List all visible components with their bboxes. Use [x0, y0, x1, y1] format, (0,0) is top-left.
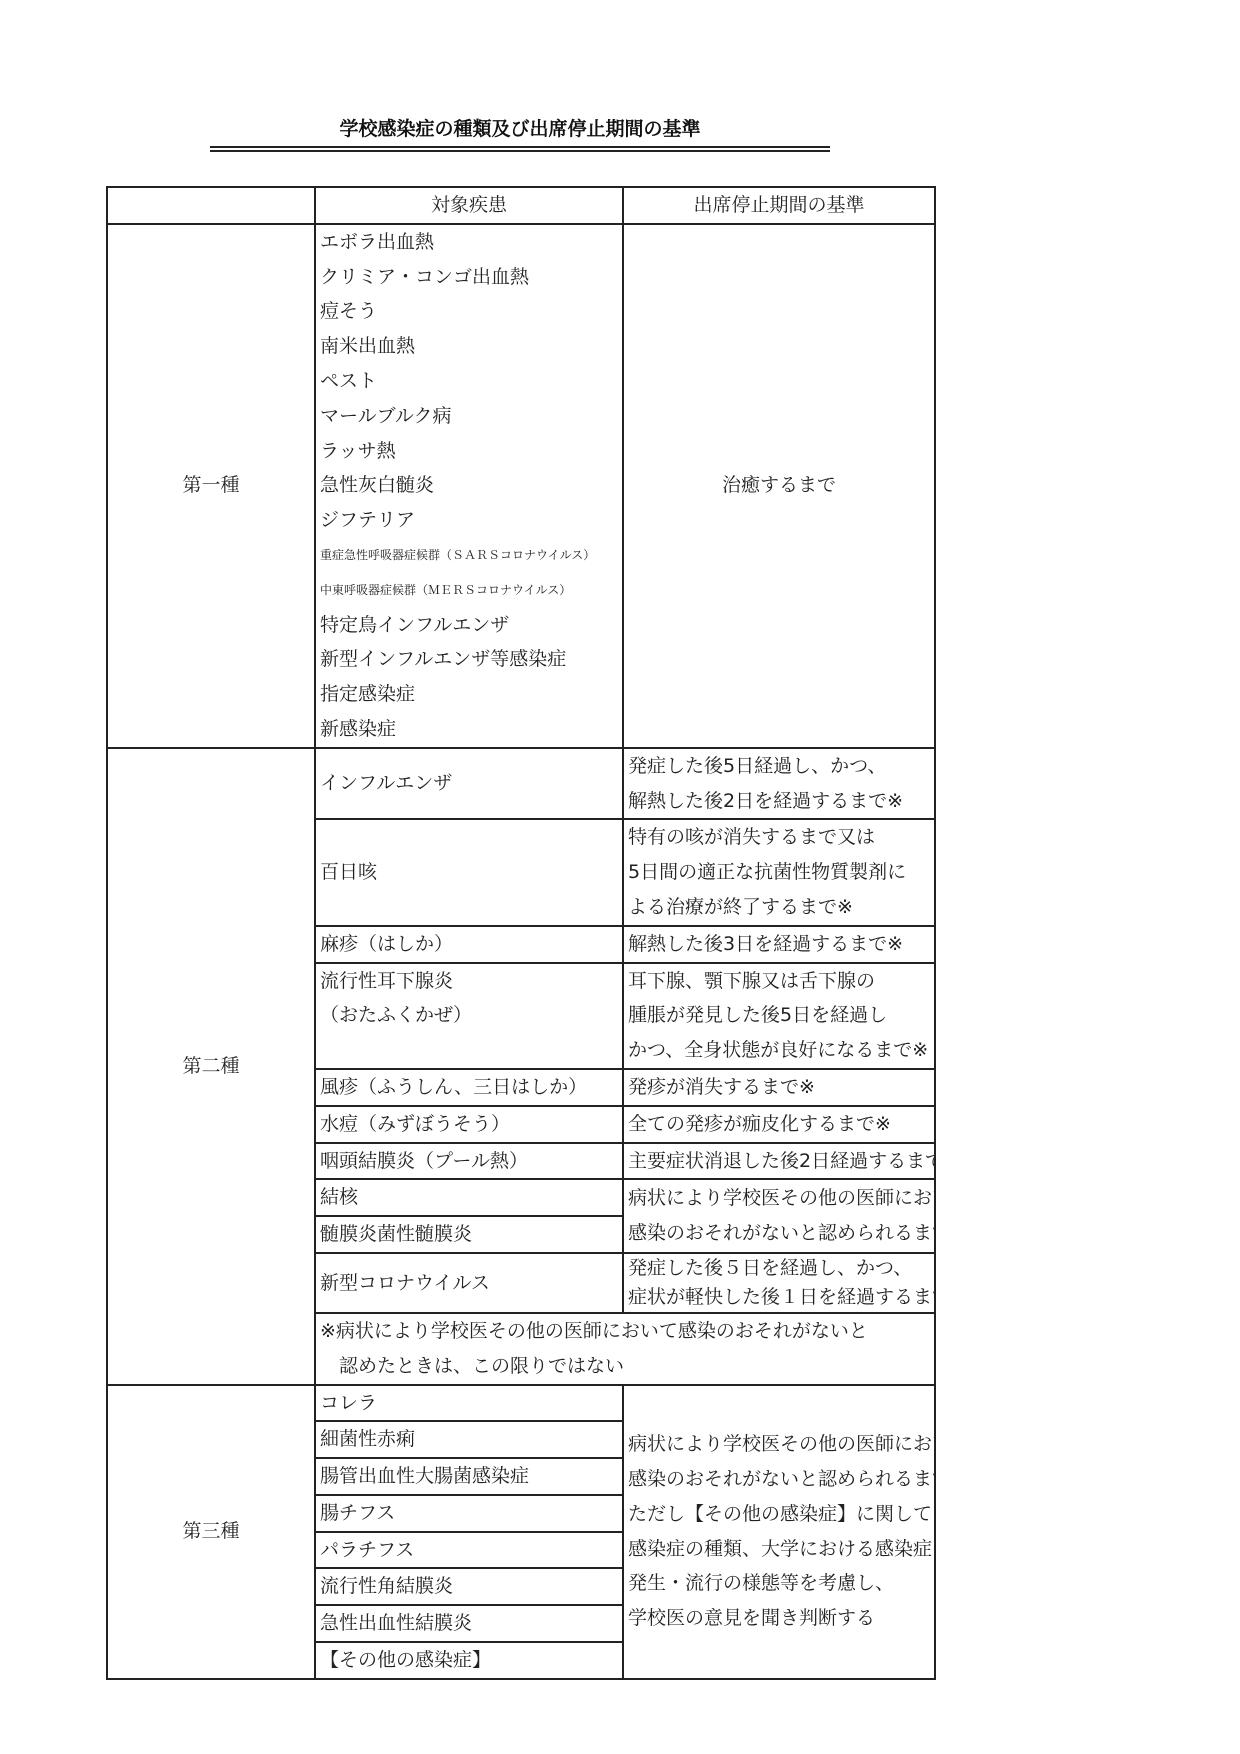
disease-cell: 急性出血性結膜炎	[315, 1605, 623, 1642]
criteria-line: ただし【その他の感染症】に関しては	[628, 1497, 930, 1532]
header-criteria: 出席停止期間の基準	[623, 187, 935, 224]
list-item: ジフテリア	[320, 503, 618, 538]
criteria-line: 感染症の種類、大学における感染症の	[628, 1532, 930, 1567]
list-item: クリミア・コンゴ出血熱	[320, 260, 618, 295]
criteria-line: 5日間の適正な抗菌性物質製剤に	[628, 855, 930, 890]
criteria-line: 耳下腺、顎下腺又は舌下腺の	[628, 964, 930, 999]
criteria-line: 発生・流行の様態等を考慮し、	[628, 1566, 930, 1601]
type2-row-influenza: 第二種 インフルエンザ 発症した後5日経過し、かつ、 解熱した後2日を経過するま…	[107, 748, 935, 820]
header-category	[107, 187, 315, 224]
header-target-disease: 対象疾患	[315, 187, 623, 224]
list-item: 特定鳥インフルエンザ	[320, 608, 618, 643]
disease-cell: 流行性耳下腺炎 （おたふくかぜ）	[315, 963, 623, 1069]
note-line: ※病状により学校医その他の医師において感染のおそれがないと	[320, 1314, 930, 1349]
disease-cell: 細菌性赤痢	[315, 1421, 623, 1458]
type1-disease-list: エボラ出血熱 クリミア・コンゴ出血熱 痘そう 南米出血熱 ペスト マールブルク病…	[315, 224, 623, 748]
infectious-disease-table: 対象疾患 出席停止期間の基準 第一種 エボラ出血熱 クリミア・コンゴ出血熱 痘そ…	[106, 186, 936, 1680]
criteria-cell: 特有の咳が消失するまで又は 5日間の適正な抗菌性物質製剤に よる治療が終了するま…	[623, 819, 935, 925]
list-item: 新型インフルエンザ等感染症	[320, 642, 618, 677]
disease-cell: 【その他の感染症】	[315, 1642, 623, 1679]
list-item: ペスト	[320, 364, 618, 399]
criteria-line: 解熱した後2日を経過するまで※	[628, 784, 930, 819]
list-item: 指定感染症	[320, 677, 618, 712]
note-line: 認めたときは、この限りではない	[320, 1349, 930, 1384]
criteria-line: 感染のおそれがないと認められるまで	[628, 1462, 930, 1497]
disease-cell: 麻疹（はしか）	[315, 926, 623, 963]
type1-criteria: 治癒するまで	[623, 224, 935, 748]
list-item: ラッサ熱	[320, 434, 618, 469]
criteria-line: 学校医の意見を聞き判断する	[628, 1601, 930, 1636]
list-item: エボラ出血熱	[320, 225, 618, 260]
type3-row: 第三種 コレラ 病状により学校医その他の医師において 感染のおそれがないと認めら…	[107, 1385, 935, 1422]
title-double-rule	[210, 146, 830, 152]
disease-cell: コレラ	[315, 1385, 623, 1422]
disease-cell: 風疹（ふうしん、三日はしか）	[315, 1069, 623, 1106]
criteria-cell: 発症した後5日経過し、かつ、 解熱した後2日を経過するまで※	[623, 748, 935, 820]
type1-row: 第一種 エボラ出血熱 クリミア・コンゴ出血熱 痘そう 南米出血熱 ペスト マール…	[107, 224, 935, 748]
criteria-line: 発症した後5日経過し、かつ、	[628, 749, 930, 784]
disease-cell: 腸チフス	[315, 1495, 623, 1532]
disease-cell: パラチフス	[315, 1532, 623, 1569]
disease-line: 流行性耳下腺炎	[320, 964, 618, 999]
disease-cell: 新型コロナウイルス	[315, 1253, 623, 1313]
criteria-cell: 発症した後５日を経過し、かつ、 症状が軽快した後１日を経過するまで	[623, 1253, 935, 1313]
criteria-cell: 主要症状消退した後2日経過するまで※	[623, 1143, 935, 1180]
disease-cell: 水痘（みずぼうそう）	[315, 1106, 623, 1143]
criteria-cell-shared: 病状により学校医その他の医師において 感染のおそれがないと認められるまで	[623, 1179, 935, 1253]
disease-line: （おたふくかぜ）	[320, 998, 618, 1033]
criteria-line: かつ、全身状態が良好になるまで※	[628, 1033, 930, 1068]
document-title: 学校感染症の種類及び出席停止期間の基準	[210, 114, 830, 141]
criteria-line: 病状により学校医その他の医師において	[628, 1427, 930, 1462]
type2-note: ※病状により学校医その他の医師において感染のおそれがないと 認めたときは、この限…	[315, 1313, 935, 1385]
type2-category: 第二種	[107, 748, 315, 1385]
disease-cell: 髄膜炎菌性髄膜炎	[315, 1216, 623, 1253]
criteria-line: 症状が軽快した後１日を経過するまで	[628, 1283, 930, 1312]
list-item: 新感染症	[320, 712, 618, 747]
type1-category: 第一種	[107, 224, 315, 748]
criteria-line: 腫脹が発見した後5日を経過し	[628, 998, 930, 1033]
criteria-cell: 解熱した後3日を経過するまで※	[623, 926, 935, 963]
list-item: 急性灰白髄炎	[320, 468, 618, 503]
criteria-cell: 耳下腺、顎下腺又は舌下腺の 腫脹が発見した後5日を経過し かつ、全身状態が良好に…	[623, 963, 935, 1069]
disease-cell: 結核	[315, 1179, 623, 1216]
disease-cell: 咽頭結膜炎（プール熱）	[315, 1143, 623, 1180]
type3-category: 第三種	[107, 1385, 315, 1679]
list-item: マールブルク病	[320, 399, 618, 434]
table-header-row: 対象疾患 出席停止期間の基準	[107, 187, 935, 224]
type3-criteria: 病状により学校医その他の医師において 感染のおそれがないと認められるまで ただし…	[623, 1385, 935, 1679]
criteria-line: よる治療が終了するまで※	[628, 890, 930, 925]
criteria-cell: 発疹が消失するまで※	[623, 1069, 935, 1106]
list-item: 重症急性呼吸器症候群（ＳＡＲＳコロナウイルス）	[320, 538, 618, 573]
disease-cell: 流行性角結膜炎	[315, 1568, 623, 1605]
disease-cell: 腸管出血性大腸菌感染症	[315, 1458, 623, 1495]
disease-cell: インフルエンザ	[315, 748, 623, 820]
criteria-line: 感染のおそれがないと認められるまで	[628, 1216, 930, 1251]
criteria-line: 病状により学校医その他の医師において	[628, 1181, 930, 1216]
criteria-cell: 全ての発疹が痂皮化するまで※	[623, 1106, 935, 1143]
criteria-line: 特有の咳が消失するまで又は	[628, 820, 930, 855]
list-item: 中東呼吸器症候群（ＭＥＲＳコロナウイルス）	[320, 573, 618, 608]
list-item: 南米出血熱	[320, 329, 618, 364]
list-item: 痘そう	[320, 294, 618, 329]
disease-cell: 百日咳	[315, 819, 623, 925]
criteria-line: 発症した後５日を経過し、かつ、	[628, 1254, 930, 1283]
